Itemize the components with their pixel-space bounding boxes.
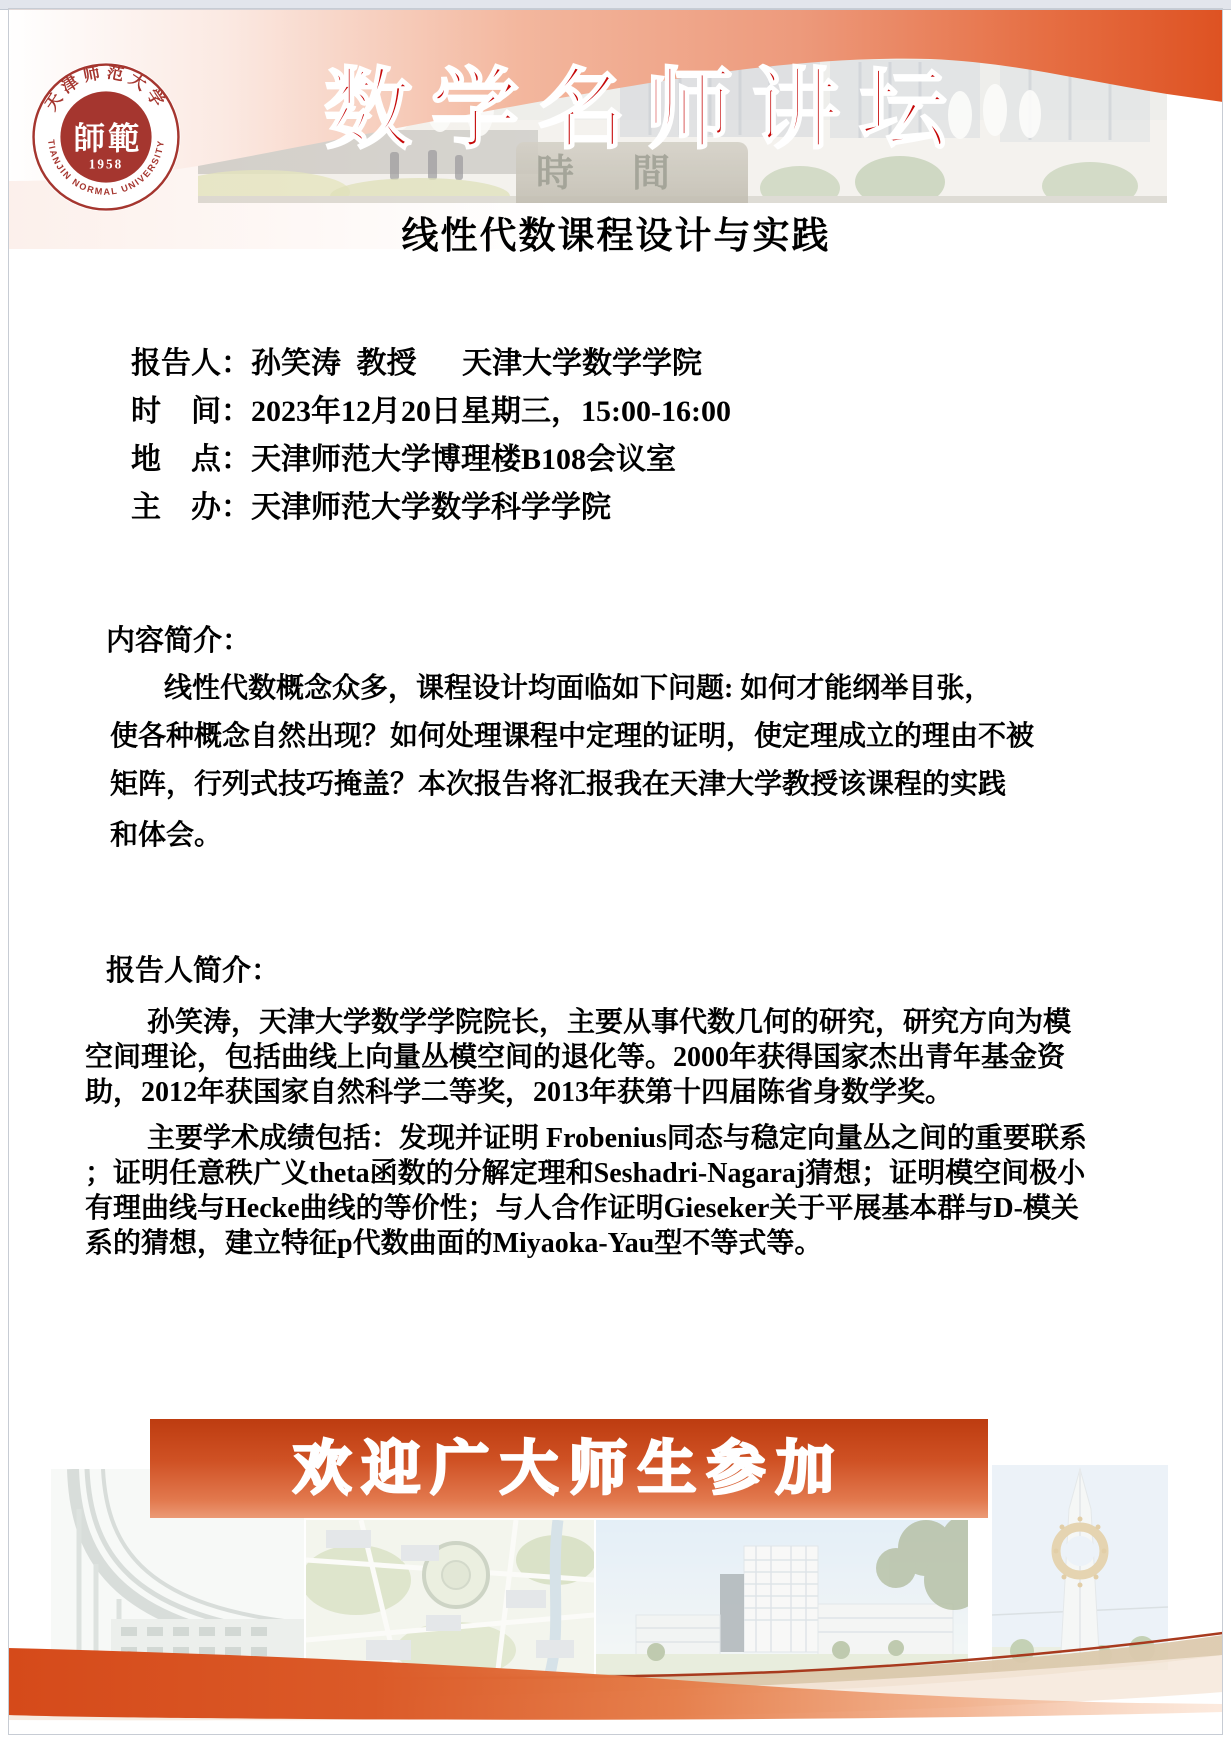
info-line-host: 主 办：天津师范大学数学科学学院	[116, 448, 611, 488]
bio-line: 有理曲线与Hecke曲线的等价性；与人合作证明Gieseker关于平展基本群与D…	[85, 1186, 1079, 1226]
logo-year: 1958	[89, 156, 123, 171]
bottom-swoosh	[8, 1600, 1223, 1735]
university-logo: 天津师范大学 TIANJIN NORMAL UNIVERSITY 師範 1958	[30, 61, 182, 213]
logo-seal-characters: 師範	[74, 121, 143, 156]
lecture-title: 线性代数课程设计与实践	[116, 205, 1116, 255]
bio-line: 助，2012年获国家自然科学二等奖，2013年获第十四届陈省身数学奖。	[85, 1070, 953, 1110]
abstract-line: 线性代数概念众多，课程设计均面临如下问题: 如何才能纲举目张，	[110, 666, 992, 706]
bio-heading: 报告人简介：	[106, 948, 280, 989]
info-line-time: 时 间：2023年12月20日星期三，15:00-16:00	[116, 352, 731, 392]
abstract-line: 和体会。	[110, 813, 222, 853]
forum-title: 数学名师讲坛	[280, 64, 1010, 160]
info-line-speaker: 报告人：孙笑涛 教授 天津大学数学学院	[116, 304, 702, 344]
bio-line: 孙笑涛，天津大学数学学院院长，主要从事代数几何的研究，研究方向为模	[85, 1000, 1071, 1040]
bio-line: 主要学术成绩包括：发现并证明 Frobenius同态与稳定向量丛之间的重要联系	[85, 1116, 1087, 1156]
host-label: 主 办：	[131, 482, 251, 526]
info-line-location: 地 点：天津师范大学博理楼B108会议室	[116, 400, 676, 440]
abstract-line: 矩阵，行列式技巧掩盖？本次报告将汇报我在天津大学教授该课程的实践	[110, 762, 1006, 802]
bio-line: 空间理论，包括曲线上向量丛模空间的退化等。2000年获得国家杰出青年基金资	[85, 1035, 1065, 1075]
host-value: 天津师范大学数学科学学院	[251, 491, 611, 524]
bio-line: 系的猜想，建立特征p代数曲面的Miyaoka-Yau型不等式等。	[85, 1221, 822, 1261]
welcome-banner: 欢迎广大师生参加	[150, 1419, 988, 1518]
abstract-line: 使各种概念自然出现？如何处理课程中定理的证明，使定理成立的理由不被	[110, 714, 1034, 754]
welcome-banner-text: 欢迎广大师生参加	[293, 1434, 845, 1502]
bio-line: ；证明任意秩广义theta函数的分解定理和Seshadri-Nagaraj猜想；…	[85, 1151, 1085, 1191]
lecture-poster: { "chrome": { "top_strip_color": "#e2e5e…	[0, 0, 1231, 1738]
abstract-heading: 内容简介：	[106, 618, 251, 659]
